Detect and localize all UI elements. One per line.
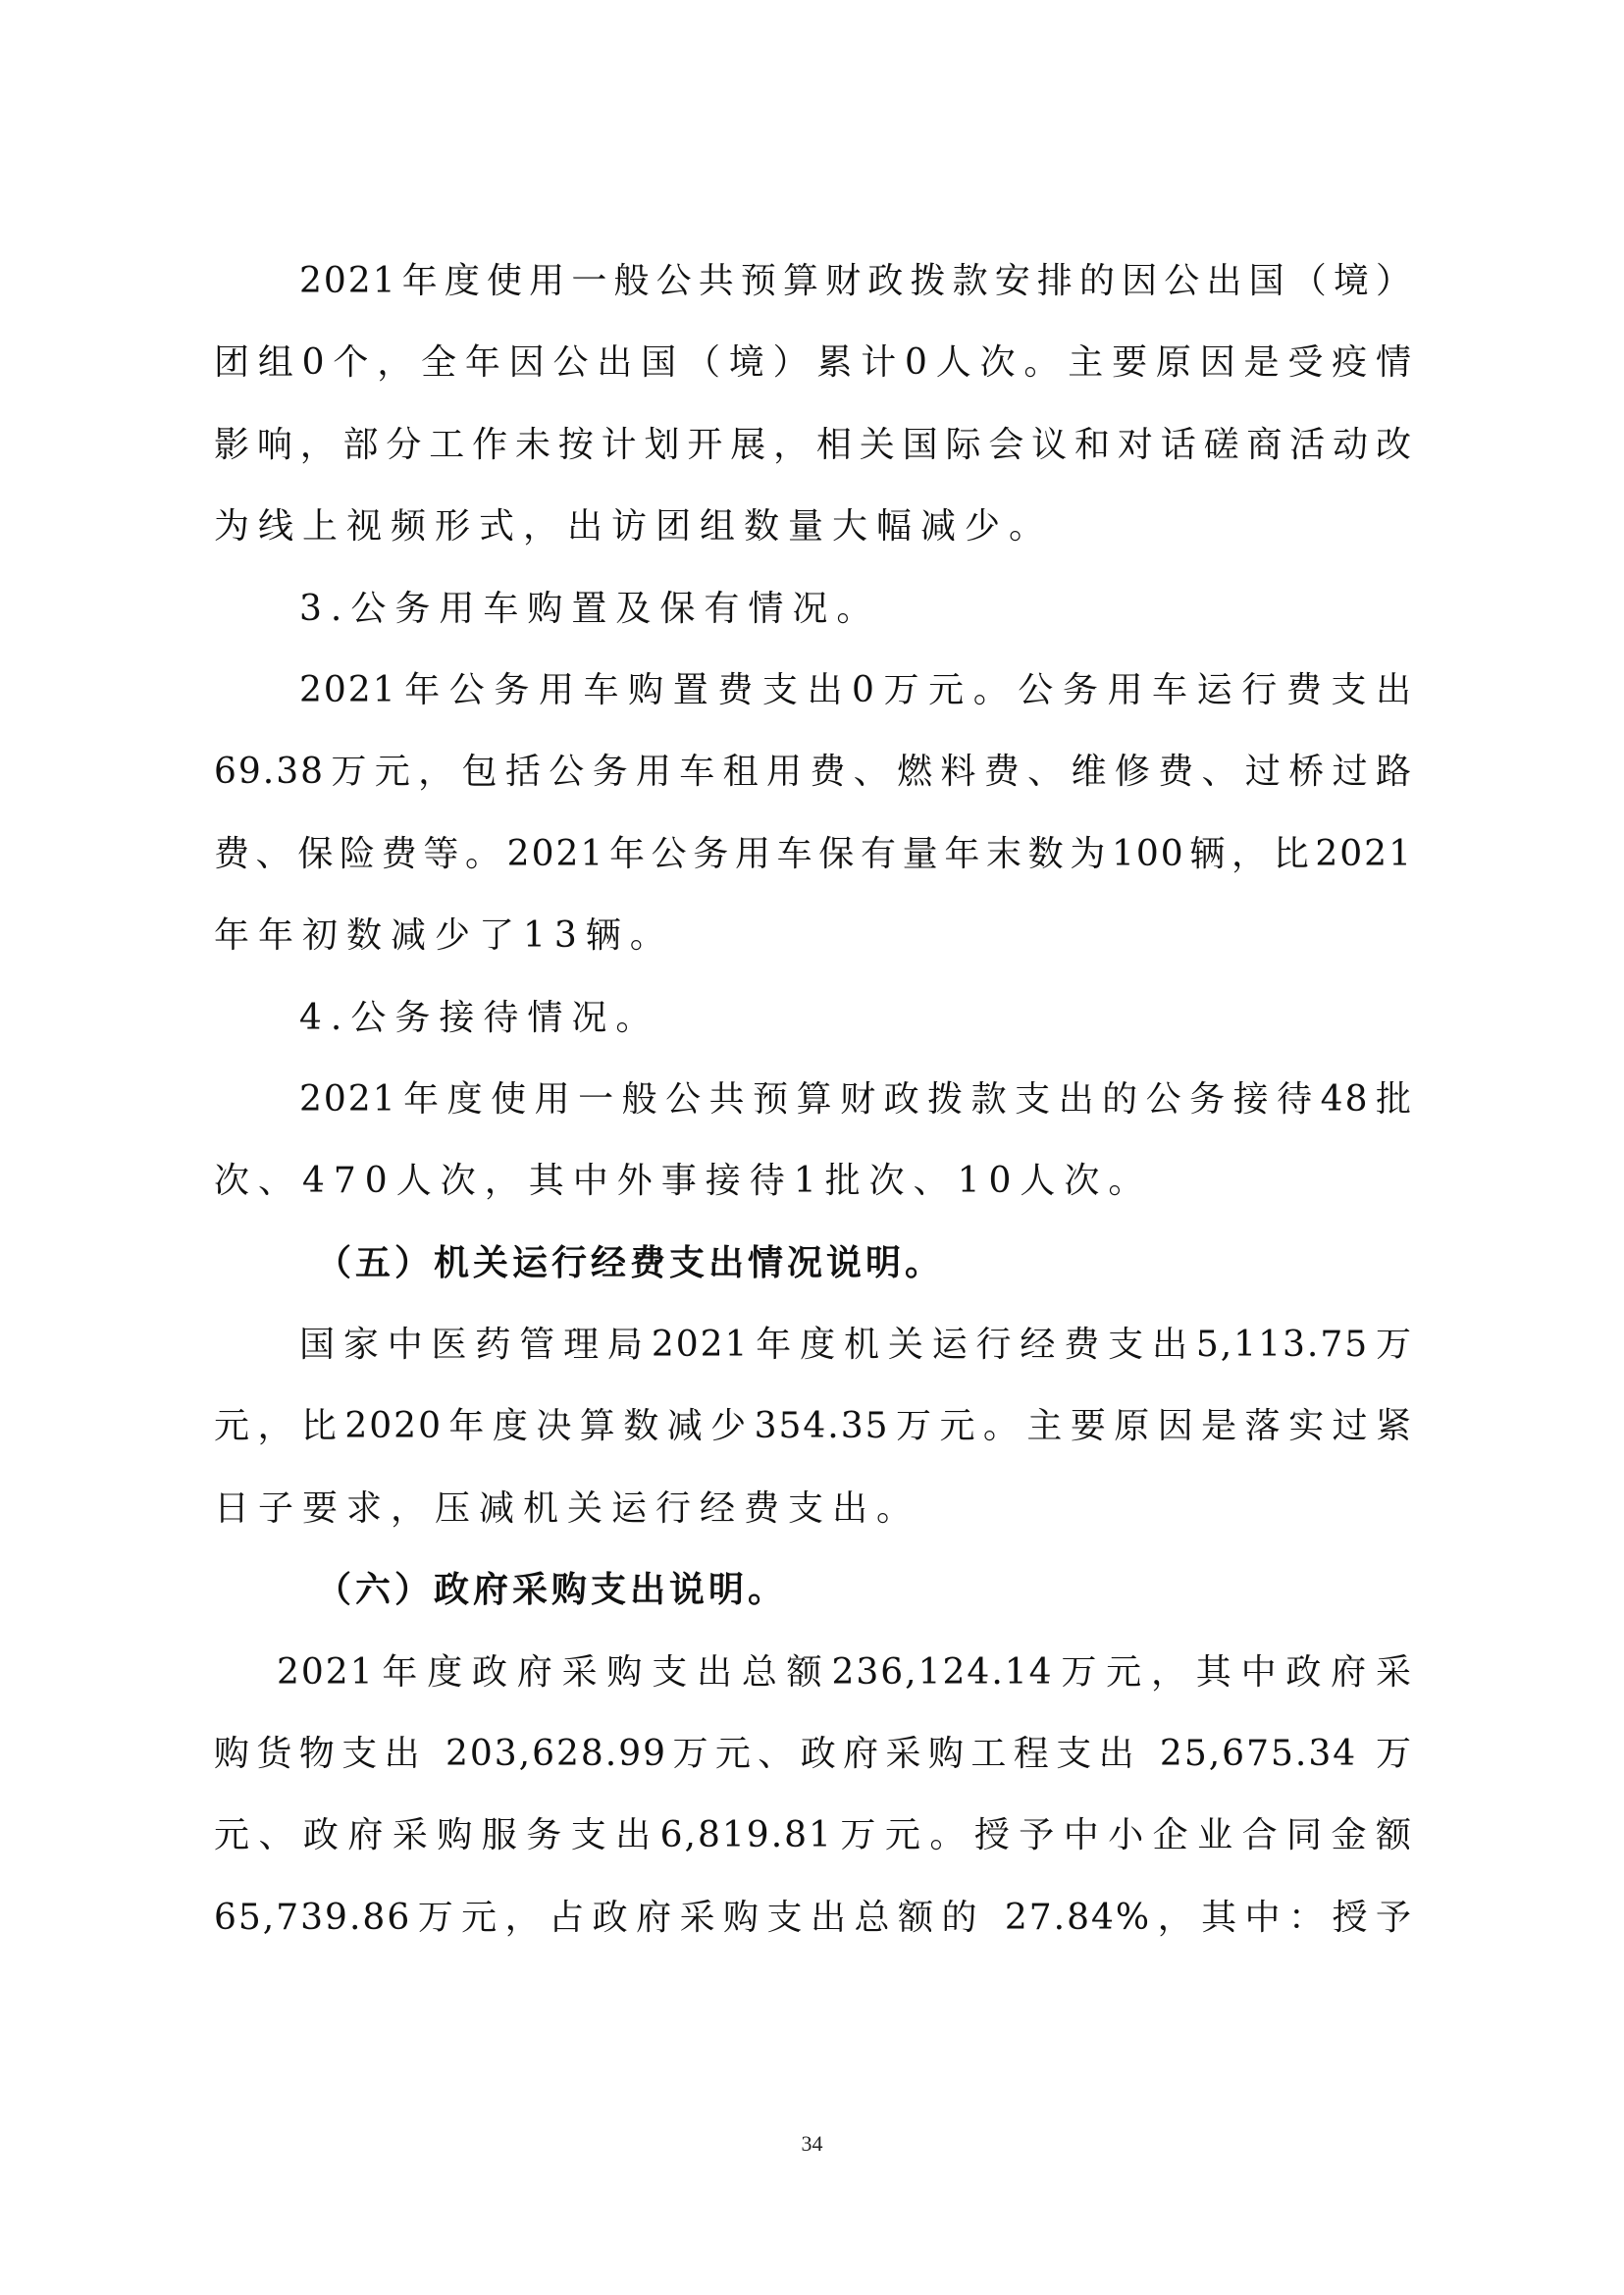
paragraph-line: 元、政府采购服务支出6,819.81万元。授予中小企业合同金额 xyxy=(214,1807,1413,1889)
paragraph-line: 2021年公务用车购置费支出0万元。公务用车运行费支出 xyxy=(214,662,1413,744)
section-heading-procurement: （六）政府采购支出说明。 xyxy=(214,1562,1413,1643)
paragraph-line: 元，比2020年度决算数减少354.35万元。主要原因是落实过紧 xyxy=(214,1398,1413,1480)
paragraph-line: 费、保险费等。2021年公务用车保有量年末数为100辆，比2021 xyxy=(214,826,1413,908)
subheading-vehicles: 3.公务用车购置及保有情况。 xyxy=(214,581,1413,662)
paragraph-line: 年年初数减少了13辆。 xyxy=(214,908,1413,989)
page-number: 34 xyxy=(0,2131,1624,2157)
paragraph-line: 购货物支出 203,628.99万元、政府采购工程支出 25,675.34 万 xyxy=(214,1726,1413,1807)
paragraph-line: 65,739.86万元，占政府采购支出总额的 27.84%，其中：授予 xyxy=(214,1890,1413,1971)
paragraph-line: 团组0个，全年因公出国（境）累计0人次。主要原因是受疫情 xyxy=(214,335,1413,416)
subheading-reception: 4.公务接待情况。 xyxy=(214,990,1413,1071)
body-text: 2021年度使用一般公共预算财政拨款安排的因公出国（境） 团组0个，全年因公出国… xyxy=(214,253,1413,1971)
paragraph-line: 2021年度使用一般公共预算财政拨款支出的公务接待48批 xyxy=(214,1071,1413,1153)
paragraph-line: 2021年度政府采购支出总额236,124.14万元，其中政府采 xyxy=(214,1644,1413,1726)
paragraph-line: 次、470人次，其中外事接待1批次、10人次。 xyxy=(214,1153,1413,1234)
paragraph-line: 日子要求，压减机关运行经费支出。 xyxy=(214,1481,1413,1562)
paragraph-line: 影响，部分工作未按计划开展，相关国际会议和对话磋商活动改 xyxy=(214,417,1413,498)
paragraph-line: 2021年度使用一般公共预算财政拨款安排的因公出国（境） xyxy=(214,253,1413,335)
paragraph-line: 为线上视频形式，出访团组数量大幅减少。 xyxy=(214,498,1413,580)
paragraph-line: 国家中医药管理局2021年度机关运行经费支出5,113.75万 xyxy=(214,1317,1413,1398)
section-heading-operating-expenses: （五）机关运行经费支出情况说明。 xyxy=(214,1235,1413,1317)
paragraph-line: 69.38万元，包括公务用车租用费、燃料费、维修费、过桥过路 xyxy=(214,744,1413,825)
document-page: 2021年度使用一般公共预算财政拨款安排的因公出国（境） 团组0个，全年因公出国… xyxy=(0,0,1624,2295)
